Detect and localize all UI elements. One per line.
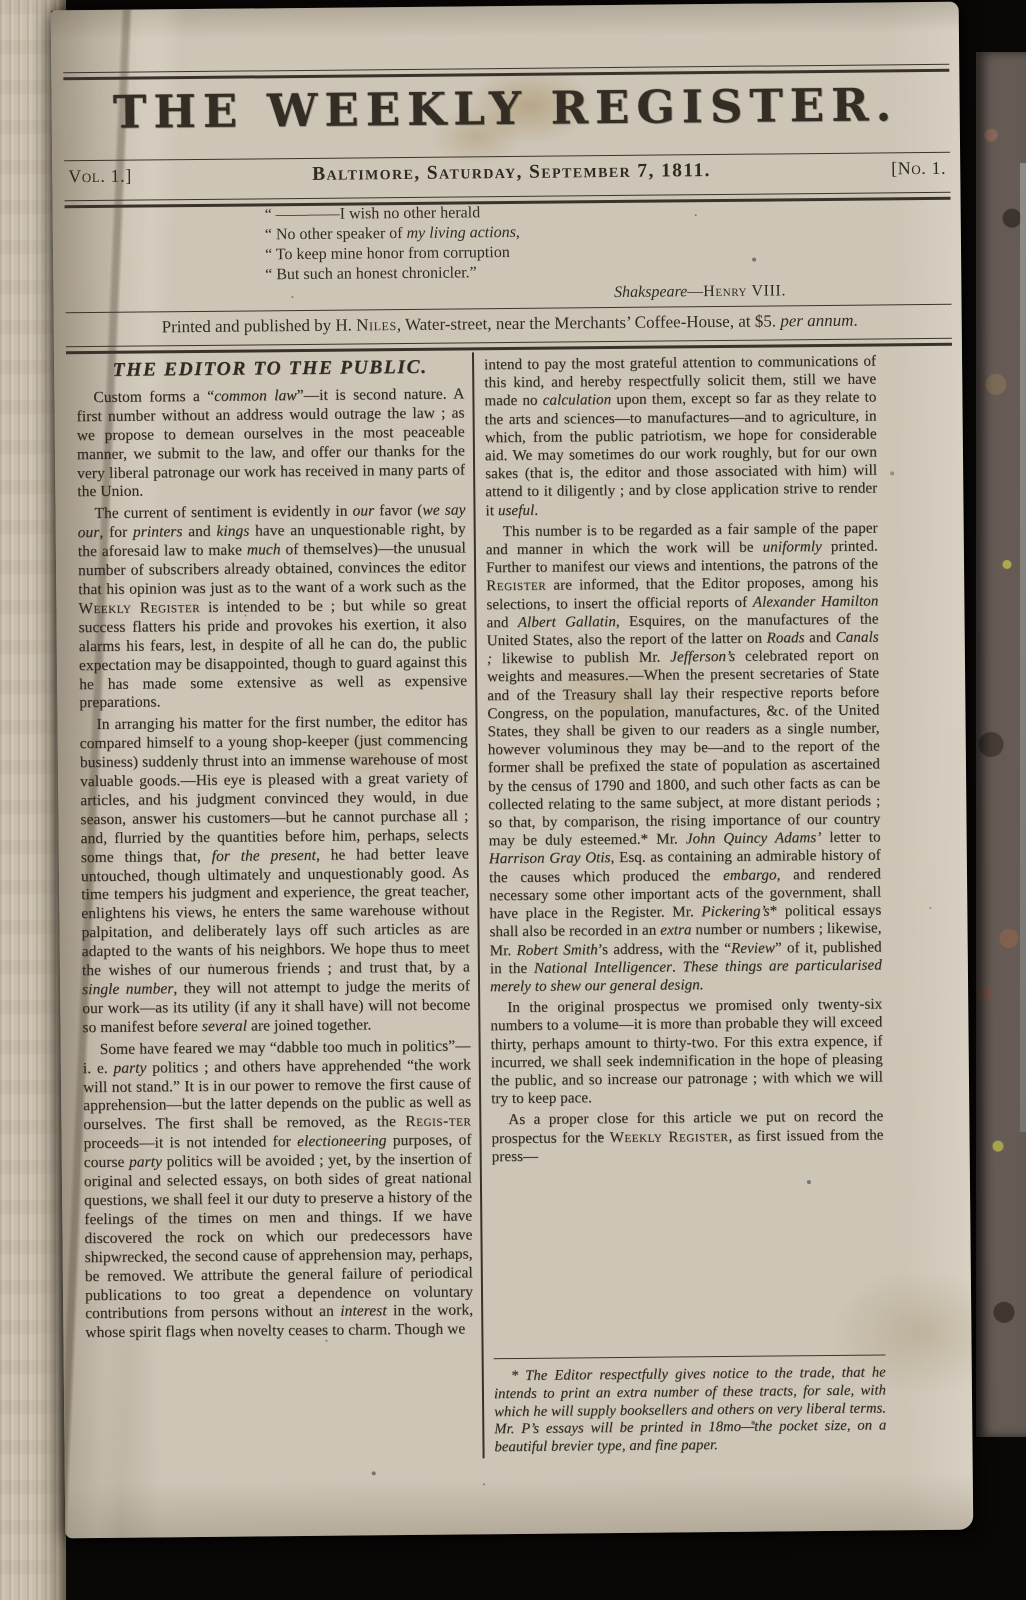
article-paragraph: In the original prospectus we promised o… [490,996,883,1109]
right-column: intend to pay the most grateful attentio… [484,352,887,1460]
epigraph-lines: “ ————I wish no other herald“ No other s… [265,200,832,285]
ink-specks [51,10,53,12]
issue-label: [No. 1. [891,158,946,180]
column-divider-rule [472,352,485,1458]
volume-label: Vol. 1.] [68,166,132,188]
footnote-text: * The Editor respectfully gives notice t… [494,1364,887,1457]
article-heading: THE EDITOR TO THE PUBLIC. [76,358,464,381]
epigraph-attribution: Shakspeare—Henry VIII. [265,281,831,306]
article-paragraph: This number is to be regarded as a fair … [486,519,883,996]
masthead-title: THE WEEKLY REGISTER. [51,78,959,140]
date-label: Baltimore, Saturday, September 7, 1811. [312,160,711,186]
epigraph: “ ————I wish no other herald“ No other s… [265,200,832,306]
article-paragraph: As a proper close for this article we pu… [491,1108,884,1166]
footnote-block: * The Editor respectfully gives notice t… [494,1354,887,1460]
article-paragraph: Custom forms a “common law”—it is second… [76,385,465,502]
right-column-paragraphs: intend to pay the most grateful attentio… [484,352,884,1169]
article-paragraph: intend to pay the most grateful attentio… [484,352,878,520]
dateline-row: Vol. 1.] Baltimore, Saturday, September … [68,158,946,188]
footnote-rule [492,1354,886,1359]
left-column: THE EDITOR TO THE PUBLIC. Custom forms a… [76,356,475,1464]
top-rule [63,64,949,81]
article-paragraph: In arranging his matter for the first nu… [79,713,470,1038]
photo-background: THE WEEKLY REGISTER. Vol. 1.] Baltimore,… [0,0,1026,1600]
imprint-rule [66,338,952,355]
newspaper-page: THE WEEKLY REGISTER. Vol. 1.] Baltimore,… [51,2,974,1539]
marbled-book-cover [976,52,1026,1437]
article-paragraph: Some have feared we may “dabble too much… [83,1037,474,1343]
article-paragraph: The current of sentiment is evidently in… [77,502,467,714]
imprint-line: Printed and published by H. Niles, Water… [68,310,952,338]
left-column-paragraphs: Custom forms a “common law”—it is second… [76,385,473,1343]
